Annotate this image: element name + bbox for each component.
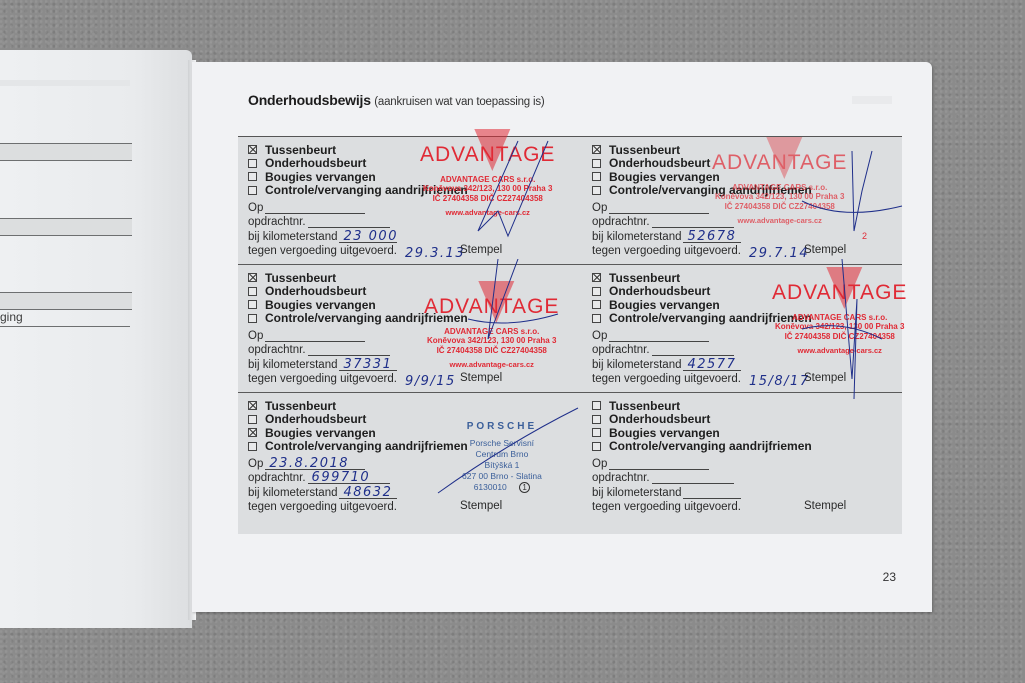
checklist-item: Tussenbeurt [248, 399, 468, 413]
stamp-address: Koněvova 342/123, 130 00 Praha 3 [424, 336, 559, 346]
field-label-order-number: opdrachtnr. [248, 472, 306, 484]
stamp-side-number: 2 [862, 231, 867, 241]
faded-mark [852, 96, 892, 104]
checklist-label: Onderhoudsbeurt [609, 284, 710, 298]
field-label-op: Op [592, 330, 607, 342]
order-number-value: 699710 [312, 470, 371, 485]
checkbox[interactable] [248, 314, 257, 323]
checkbox[interactable] [592, 442, 601, 451]
advantage-logo: ADVANTAGE [420, 143, 555, 167]
checked-checkbox[interactable] [248, 273, 257, 282]
faded-heading [0, 80, 130, 86]
stamp-web: www.advantage-cars.cz [420, 208, 555, 217]
date-value: 9/9/15 [405, 374, 456, 389]
porsche-logo: PORSCHE [462, 421, 542, 432]
advantage-v-icon [474, 129, 510, 171]
checklist-label: Tussenbeurt [609, 399, 680, 413]
service-checklist: TussenbeurtOnderhoudsbeurtBougies vervan… [592, 399, 812, 453]
stamp-company: ADVANTAGE CARS s.r.o. [712, 183, 847, 192]
stamp-company: ADVANTAGE CARS s.r.o. [772, 313, 907, 322]
checkbox[interactable] [248, 300, 257, 309]
stamp-web: www.advantage-cars.cz [712, 216, 847, 225]
field-op: Op 23.8.2018 [248, 455, 467, 470]
op-input[interactable] [265, 203, 365, 214]
date-area: 29.7.14 [741, 246, 811, 257]
stamp-ids: IČ 27404358 DIČ CZ27404358 [420, 194, 555, 204]
advantage-stamp: ADVANTAGE ADVANTAGE CARS s.r.o. Koněvova… [772, 281, 907, 355]
checklist-label: Tussenbeurt [265, 271, 336, 285]
title-instruction: (aankruisen wat van toepassing is) [374, 96, 544, 108]
field-mileage: bij kilometerstand [592, 484, 811, 499]
checkbox[interactable] [592, 314, 601, 323]
service-entry-4: TussenbeurtOnderhoudsbeurtBougies vervan… [582, 265, 914, 393]
left-page-band [0, 292, 132, 310]
service-entry-6: TussenbeurtOnderhoudsbeurtBougies vervan… [582, 393, 914, 521]
checklist-label: Onderhoudsbeurt [609, 412, 710, 426]
mileage-input[interactable]: 52678 [683, 232, 741, 243]
page-number: 23 [883, 570, 896, 584]
stamp-web: www.advantage-cars.cz [772, 346, 907, 355]
checked-checkbox[interactable] [248, 145, 257, 154]
stamp-web: www.advantage-cars.cz [424, 360, 559, 369]
stamp-label: Stempel [804, 500, 846, 512]
field-order-number: opdrachtnr. [592, 470, 811, 485]
checkbox[interactable] [248, 442, 257, 451]
checklist-item: Bougies vervangen [592, 426, 812, 440]
service-fields: Op 23.8.2018 opdrachtnr. 699710 bij kilo… [248, 455, 467, 513]
field-label-mileage: bij kilometerstand [248, 231, 337, 243]
checklist-label: Onderhoudsbeurt [265, 412, 366, 426]
field-label-mileage: bij kilometerstand [592, 231, 681, 243]
field-order-number: opdrachtnr. 699710 [248, 470, 467, 485]
checkbox[interactable] [248, 186, 257, 195]
field-label-order-number: opdrachtnr. [592, 344, 650, 356]
advantage-stamp: ADVANTAGE ADVANTAGE CARS s.r.o. Koněvova… [712, 151, 847, 225]
order-number-input[interactable] [652, 345, 734, 356]
stamp-label: Stempel [460, 244, 502, 256]
checklist-label: Bougies vervangen [265, 170, 376, 184]
op-input[interactable]: 23.8.2018 [265, 459, 365, 470]
checklist-label: Onderhoudsbeurt [609, 156, 710, 170]
service-entry-3: TussenbeurtOnderhoudsbeurtBougies vervan… [238, 265, 570, 393]
field-label-op: Op [248, 330, 263, 342]
checked-checkbox[interactable] [592, 273, 601, 282]
circled-number-icon: 1 [519, 482, 530, 493]
service-entry-1: TussenbeurtOnderhoudsbeurtBougies vervan… [238, 137, 570, 265]
stamp-label: Stempel [804, 244, 846, 256]
mileage-input[interactable] [683, 488, 741, 499]
checklist-label: Controle/vervanging aandrijfriemen [265, 439, 468, 453]
op-input[interactable] [609, 331, 709, 342]
checklist-label: Tussenbeurt [265, 399, 336, 413]
stamp-company: ADVANTAGE CARS s.r.o. [424, 327, 559, 336]
left-page-rule [0, 326, 130, 327]
field-performed: tegen vergoeding uitgevoerd. 9/9/15 [248, 371, 467, 386]
stamp-ids: IČ 27404358 DIČ CZ27404358 [424, 346, 559, 356]
service-fields: Op opdrachtnr. bij kilometerstand tegen … [592, 455, 811, 513]
advantage-v-icon [826, 267, 862, 309]
field-label-op: Op [248, 458, 263, 470]
checkbox[interactable] [248, 159, 257, 168]
porsche-line-4: 627 00 Brno - Slatina [462, 471, 542, 482]
page-title: Onderhoudsbewijs (aankruisen wat van toe… [248, 92, 545, 108]
mileage-input[interactable]: 42577 [683, 360, 741, 371]
checklist-label: Bougies vervangen [265, 426, 376, 440]
date-area: 9/9/15 [397, 374, 467, 385]
stamp-address: Koněvova 342/123, 130 00 Praha 3 [772, 322, 907, 332]
date-value: 29.3.13 [405, 246, 465, 261]
field-performed: tegen vergoeding uitgevoerd. [248, 499, 467, 514]
checklist-label: Onderhoudsbeurt [265, 284, 366, 298]
porsche-code: 6130010 [474, 482, 507, 492]
op-input[interactable] [609, 459, 709, 470]
op-value: 23.8.2018 [269, 456, 349, 471]
checkbox[interactable] [592, 300, 601, 309]
checkbox[interactable] [592, 172, 601, 181]
checkbox[interactable] [592, 415, 601, 424]
checked-checkbox[interactable] [248, 401, 257, 410]
stamp-ids: IČ 27404358 DIČ CZ27404358 [772, 332, 907, 342]
checklist-item: Onderhoudsbeurt [248, 413, 468, 427]
date-area [741, 502, 811, 513]
checklist-label: Tussenbeurt [609, 143, 680, 157]
checkbox[interactable] [248, 172, 257, 181]
checkbox[interactable] [592, 186, 601, 195]
left-page-band [0, 218, 132, 236]
service-entry-2: TussenbeurtOnderhoudsbeurtBougies vervan… [582, 137, 914, 265]
field-label-mileage: bij kilometerstand [248, 359, 337, 371]
checklist-label: Bougies vervangen [609, 298, 720, 312]
field-label-performed: tegen vergoeding uitgevoerd. [592, 245, 741, 257]
stamp-label: Stempel [460, 372, 502, 384]
checklist-label: Controle/vervanging aandrijfriemen [609, 439, 812, 453]
field-label-order-number: opdrachtnr. [248, 216, 306, 228]
op-input[interactable] [265, 331, 365, 342]
stamp-label: Stempel [460, 500, 502, 512]
checklist-label: Tussenbeurt [609, 271, 680, 285]
mileage-value: 42577 [687, 357, 736, 372]
checked-checkbox[interactable] [248, 428, 257, 437]
field-label-performed: tegen vergoeding uitgevoerd. [592, 501, 741, 513]
mileage-input[interactable]: 37331 [339, 360, 397, 371]
mileage-value: 48632 [343, 485, 392, 500]
service-entry-5: TussenbeurtOnderhoudsbeurtBougies vervan… [238, 393, 570, 521]
field-label-op: Op [592, 202, 607, 214]
maintenance-form: TussenbeurtOnderhoudsbeurtBougies vervan… [238, 136, 902, 534]
advantage-v-icon [766, 137, 802, 179]
date-area: 29.3.13 [397, 246, 467, 257]
field-label-op: Op [248, 202, 263, 214]
checklist-label: Tussenbeurt [265, 143, 336, 157]
checkbox[interactable] [592, 428, 601, 437]
stamp-company: ADVANTAGE CARS s.r.o. [420, 175, 555, 184]
field-label-mileage: bij kilometerstand [592, 359, 681, 371]
checkbox[interactable] [592, 401, 601, 410]
checklist-label: Bougies vervangen [609, 426, 720, 440]
field-label-performed: tegen vergoeding uitgevoerd. [248, 501, 397, 513]
advantage-logo: ADVANTAGE [424, 295, 559, 319]
field-mileage: bij kilometerstand 52678 [592, 228, 811, 243]
checklist-label: Onderhoudsbeurt [265, 156, 366, 170]
porsche-line-3: Bítýšká 1 [462, 460, 542, 471]
date-area: 15/8/17 [741, 374, 811, 385]
right-page: Onderhoudsbewijs (aankruisen wat van toe… [192, 62, 932, 612]
porsche-line-2: Centrum Brno [462, 449, 542, 460]
date-value: 15/8/17 [749, 374, 810, 389]
field-label-performed: tegen vergoeding uitgevoerd. [248, 245, 397, 257]
checklist-item: Controle/vervanging aandrijfriemen [248, 440, 468, 454]
mileage-input[interactable]: 23 000 [339, 232, 397, 243]
order-number-input[interactable]: 699710 [308, 473, 390, 484]
left-page-partial-text: ging [0, 310, 23, 324]
field-label-order-number: opdrachtnr. [592, 472, 650, 484]
op-input[interactable] [609, 203, 709, 214]
mileage-input[interactable]: 48632 [339, 488, 397, 499]
field-label-performed: tegen vergoeding uitgevoerd. [592, 373, 741, 385]
field-op: Op [592, 455, 811, 470]
stamp-label: Stempel [804, 372, 846, 384]
field-mileage: bij kilometerstand 23 000 [248, 228, 467, 243]
field-mileage: bij kilometerstand 42577 [592, 356, 811, 371]
field-label-mileage: bij kilometerstand [592, 487, 681, 499]
order-number-input[interactable] [652, 473, 734, 484]
left-page: ging [0, 50, 192, 628]
field-label-order-number: opdrachtnr. [592, 216, 650, 228]
checklist-item: Bougies vervangen [248, 426, 468, 440]
checkbox[interactable] [592, 287, 601, 296]
field-label-op: Op [592, 458, 607, 470]
field-performed: tegen vergoeding uitgevoerd. 29.7.14 [592, 243, 811, 258]
field-performed: tegen vergoeding uitgevoerd. [592, 499, 811, 514]
checkbox[interactable] [248, 415, 257, 424]
field-performed: tegen vergoeding uitgevoerd. 29.3.13 [248, 243, 467, 258]
mileage-value: 23 000 [343, 229, 398, 244]
date-value: 29.7.14 [749, 246, 809, 261]
field-performed: tegen vergoeding uitgevoerd. 15/8/17 [592, 371, 811, 386]
checkbox[interactable] [592, 159, 601, 168]
advantage-logo: ADVANTAGE [712, 151, 847, 175]
advantage-stamp: ADVANTAGE ADVANTAGE CARS s.r.o. Koněvova… [424, 295, 559, 369]
checklist-item: Tussenbeurt [592, 399, 812, 413]
order-number-input[interactable] [308, 345, 390, 356]
porsche-stamp: PORSCHE Porsche Servisní Centrum Brno Bí… [462, 421, 542, 493]
field-label-order-number: opdrachtnr. [248, 344, 306, 356]
porsche-code-row: 6130010 1 [462, 482, 542, 493]
checkbox[interactable] [248, 287, 257, 296]
stamp-ids: IČ 27404358 DIČ CZ27404358 [712, 202, 847, 212]
stamp-address: Koněvova 342/123, 130 00 Praha 3 [712, 192, 847, 202]
checklist-item: Onderhoudsbeurt [592, 413, 812, 427]
service-checklist: TussenbeurtOnderhoudsbeurtBougies vervan… [248, 399, 468, 453]
left-page-band [0, 143, 132, 161]
porsche-line-1: Porsche Servisní [462, 438, 542, 449]
order-number-input[interactable] [308, 217, 390, 228]
checklist-label: Bougies vervangen [265, 298, 376, 312]
mileage-value: 52678 [687, 229, 736, 244]
advantage-stamp: ADVANTAGE ADVANTAGE CARS s.r.o. Koněvova… [420, 143, 555, 217]
checklist-item: Tussenbeurt [248, 271, 468, 285]
checklist-item: Controle/vervanging aandrijfriemen [592, 440, 812, 454]
title-main: Onderhoudsbewijs [248, 92, 371, 108]
checked-checkbox[interactable] [592, 145, 601, 154]
field-label-performed: tegen vergoeding uitgevoerd. [248, 373, 397, 385]
advantage-v-icon [478, 281, 514, 323]
stamp-address: Koněvova 342/123, 130 00 Praha 3 [420, 184, 555, 194]
field-label-mileage: bij kilometerstand [248, 487, 337, 499]
advantage-logo: ADVANTAGE [772, 281, 907, 305]
field-mileage: bij kilometerstand 48632 [248, 484, 467, 499]
checklist-label: Bougies vervangen [609, 170, 720, 184]
mileage-value: 37331 [343, 357, 392, 372]
date-area [397, 502, 467, 513]
